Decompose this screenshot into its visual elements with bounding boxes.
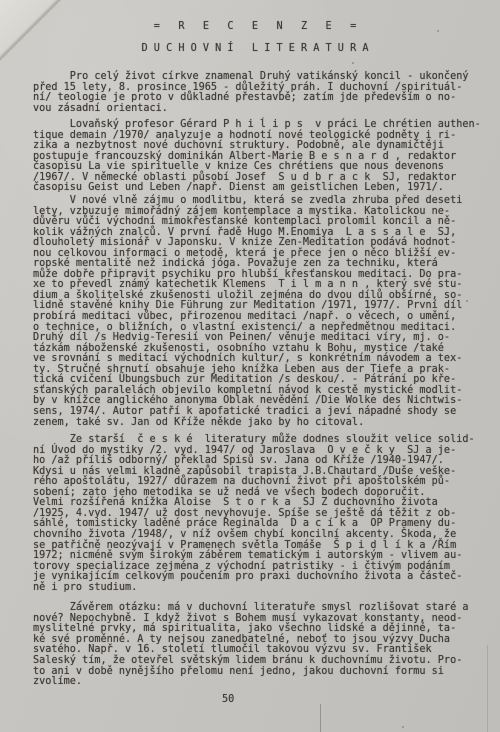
paragraph-meditation-literature: V nové vlně zájmu o modlitbu, která se z…: [33, 196, 477, 428]
paragraph-conclusion: Závěrem otázku: má v duchovní literatuře…: [33, 603, 477, 687]
section-title: = R E C E N Z E =: [33, 21, 477, 32]
page-number: 50: [222, 694, 234, 705]
paper-crease: [487, 645, 488, 732]
scanned-document-page: = R E C E N Z E = D U C H O V N Í L I T …: [0, 0, 500, 732]
document-heading: D U C H O V N Í L I T E R A T U R A: [33, 43, 477, 54]
paragraph-intro: Pro celý život církve znamenal Druhý vat…: [33, 72, 477, 114]
paragraph-authors-overview: Lovaňský profesor Gérard P h i l i p s v…: [33, 120, 477, 194]
paragraph-czech-literature: Ze starší č e s k é literatury může dodn…: [33, 435, 477, 593]
document-body: = R E C E N Z E = D U C H O V N Í L I T …: [33, 21, 477, 688]
paper-crease: [320, 704, 321, 732]
